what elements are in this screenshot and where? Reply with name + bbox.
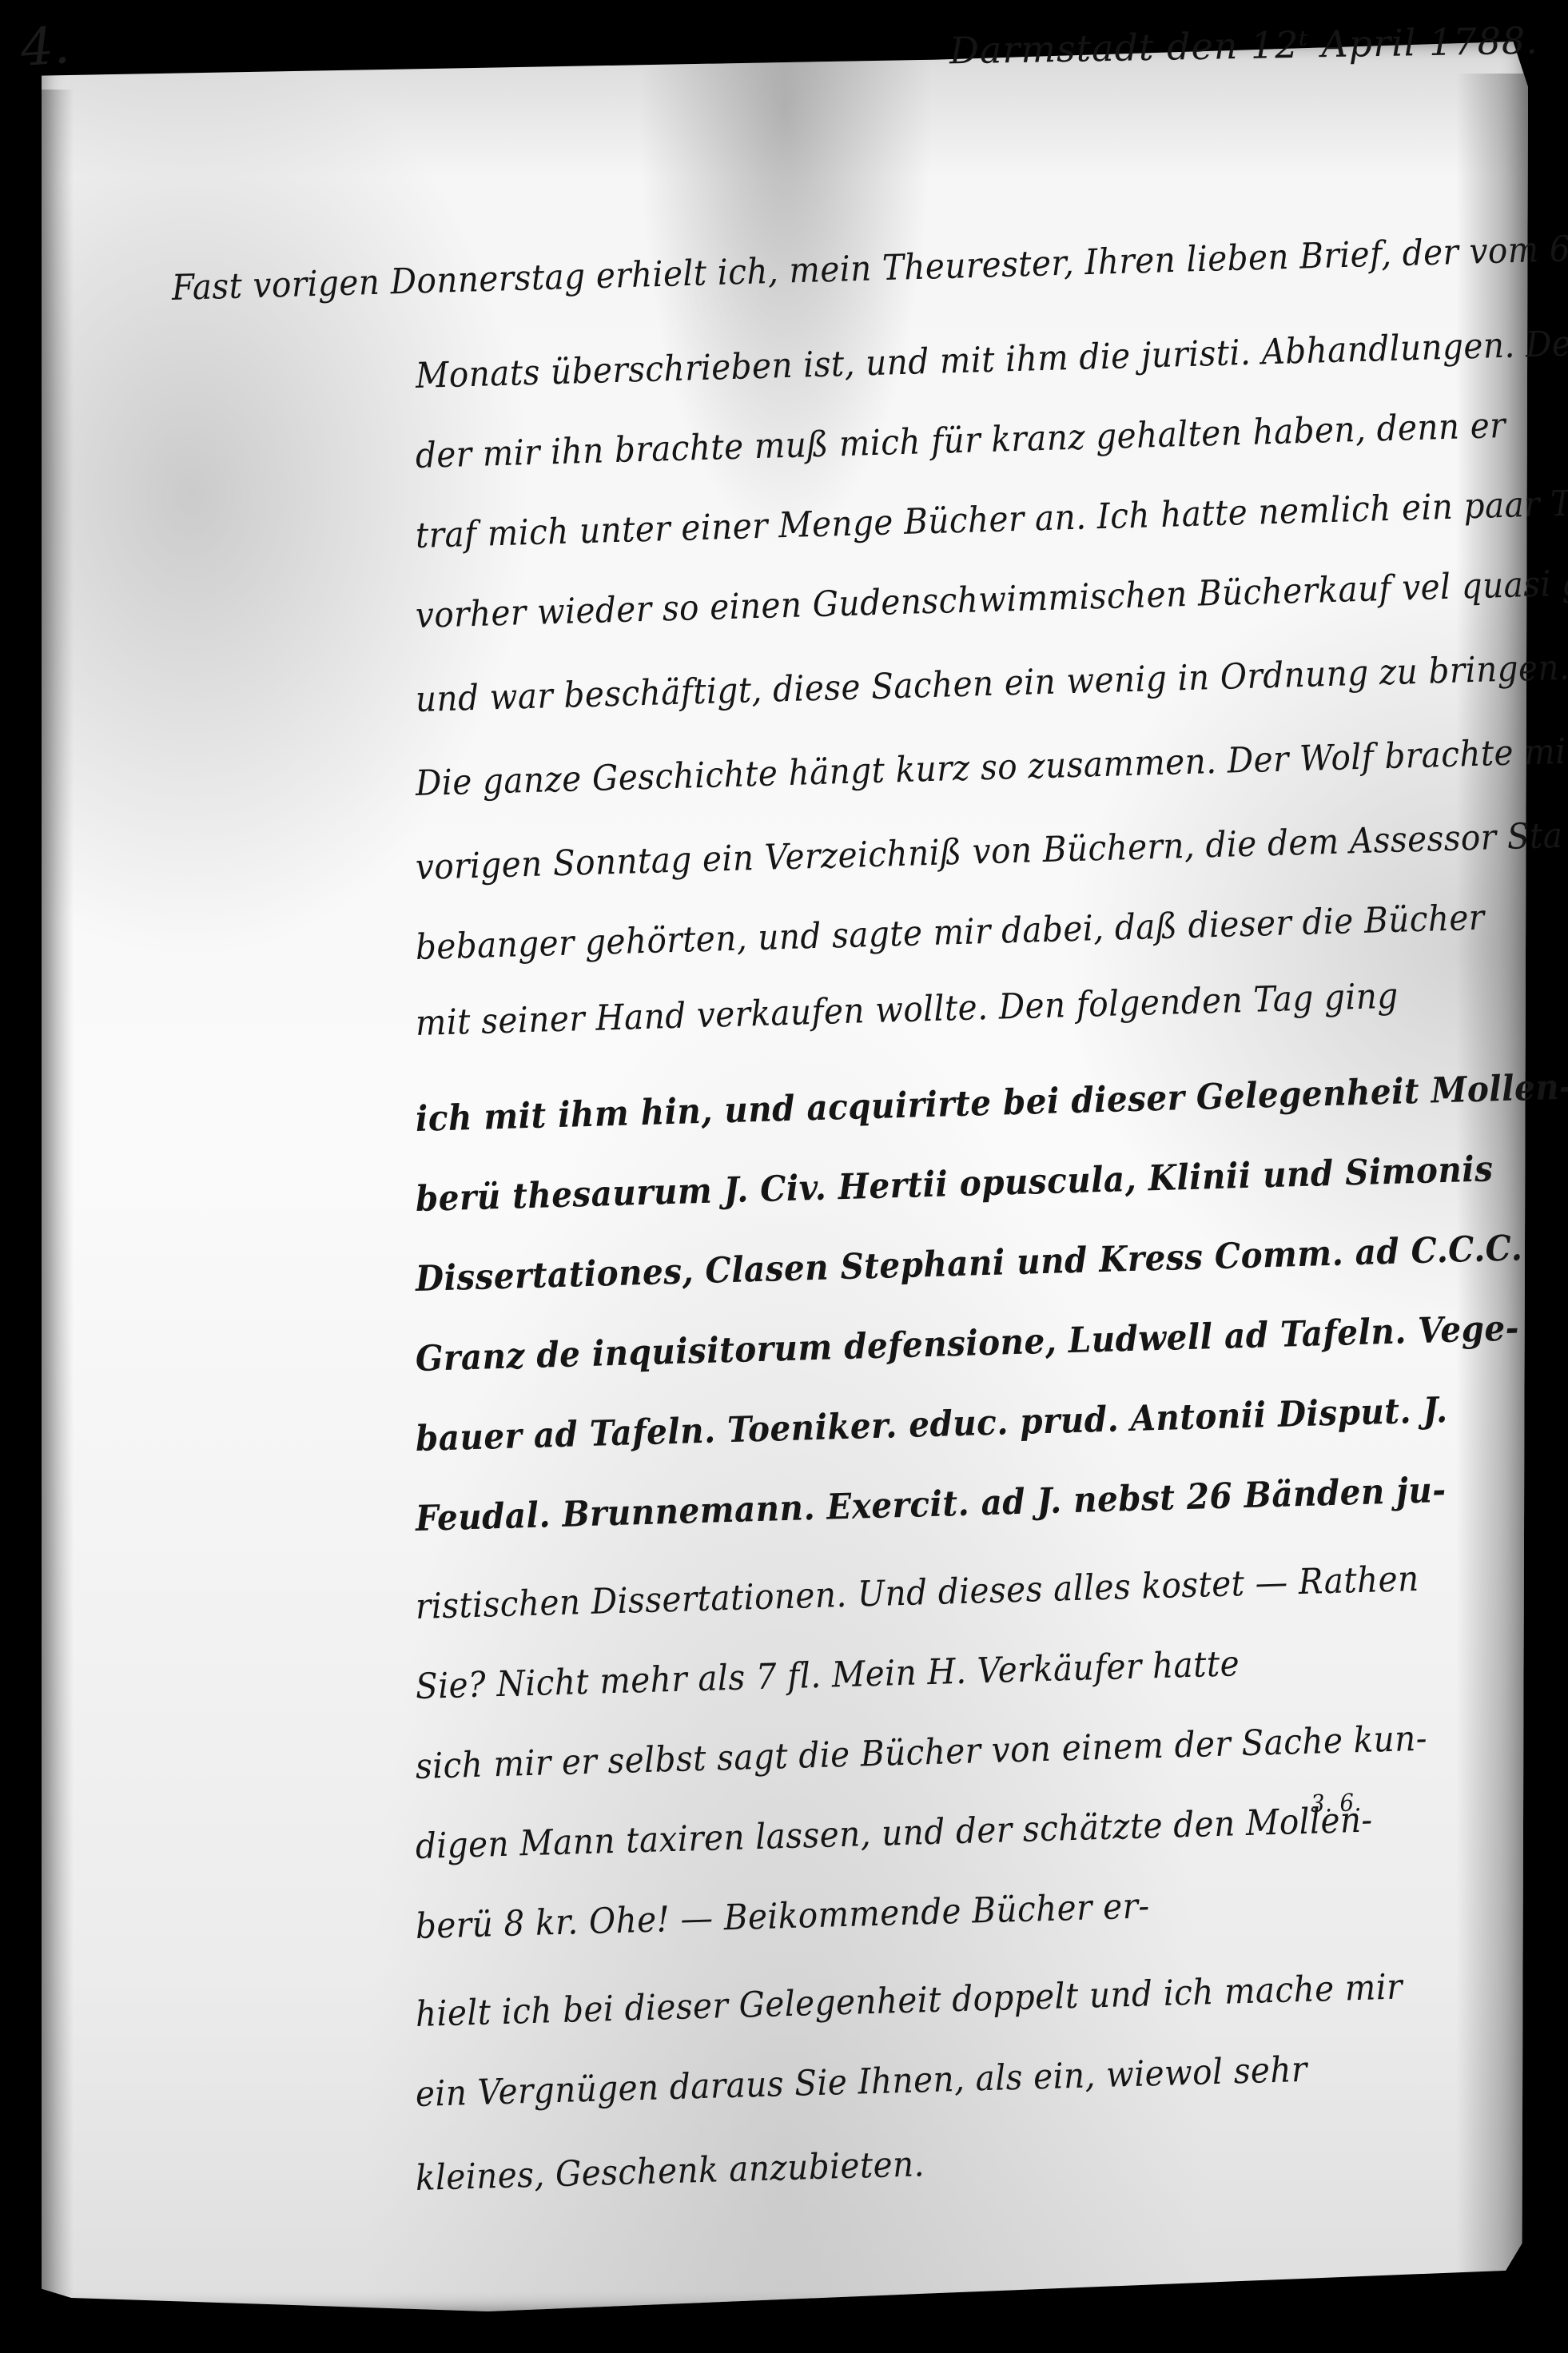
text-line: vorher wieder so einen Gudenschwimmische… xyxy=(415,560,1568,636)
text-line: berü thesaurum J. Civ. Hertii opuscula, … xyxy=(415,1149,1494,1220)
text-line: Granz de inquisitorum defensione, Ludwel… xyxy=(415,1308,1519,1380)
text-line: ein Vergnügen daraus Sie Ihnen, als ein,… xyxy=(415,2049,1307,2115)
text-line: berü 8 kr. Ohe! — Beikommende Bücher er- xyxy=(415,1885,1150,1947)
text-line: Sie? Nicht mehr als 7 fl. Mein H. Verkäu… xyxy=(415,1643,1240,1707)
text-line: ich mit ihm hin, und acquirirte bei dies… xyxy=(415,1067,1568,1140)
text-line: hielt ich bei dieser Gelegenheit doppelt… xyxy=(415,1967,1403,2035)
text-line: und war beschäftigt, diese Sachen ein we… xyxy=(415,647,1568,720)
text-line: Feudal. Brunnemann. Exercit. ad J. nebst… xyxy=(415,1470,1447,1539)
text-line: bebanger gehörten, und sagte mir dabei, … xyxy=(415,898,1485,968)
text-line: mit seiner Hand verkaufen wollte. Den fo… xyxy=(415,976,1399,1044)
interlinear-note: 3. 6. xyxy=(1311,1789,1363,1818)
text-line: vorigen Sonntag ein Verzeichniß von Büch… xyxy=(415,815,1563,888)
text-line: der mir ihn brachte muß mich für kranz g… xyxy=(415,405,1506,476)
scan-background: 4. Darmstadt den 12ᵗ April 1788. Fast vo… xyxy=(0,0,1568,2353)
text-line: digen Mann taxiren lassen, und der schät… xyxy=(415,1800,1373,1867)
text-line: Fast vorigen Donnerstag erhielt ich, mei… xyxy=(171,225,1568,309)
letter-body: Fast vorigen Donnerstag erhielt ich, mei… xyxy=(0,0,1568,2353)
text-line: bauer ad Tafeln. Toeniker. educ. prud. A… xyxy=(415,1390,1448,1459)
text-line: kleines, Geschenk anzubieten. xyxy=(415,2144,925,2199)
text-line: sich mir er selbst sagt die Bücher von e… xyxy=(415,1718,1427,1787)
text-line: ristischen Dissertationen. Und dieses al… xyxy=(415,1559,1419,1627)
text-line: Monats überschrieben ist, und mit ihm di… xyxy=(415,321,1568,396)
text-line: Die ganze Geschichte hängt kurz so zusam… xyxy=(415,731,1568,804)
text-line: Dissertationes, Clasen Stephani und Kres… xyxy=(415,1228,1523,1300)
text-line: traf mich unter einer Menge Bücher an. I… xyxy=(415,482,1568,556)
